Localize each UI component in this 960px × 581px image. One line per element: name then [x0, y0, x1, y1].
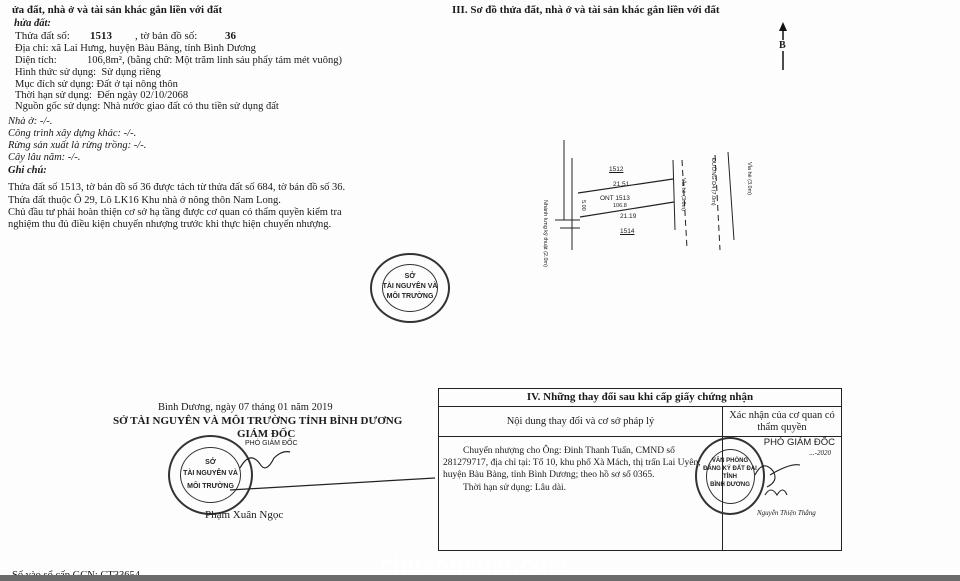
width-left: 5.00: [580, 200, 586, 211]
department-stamp: SỞ TÀI NGUYÊN VÀ MÔI TRƯỜNG: [370, 253, 450, 323]
parcel-label: ONT 1513: [600, 195, 630, 202]
note-line: Thửa đất số 1513, tờ bản đồ số 36 được t…: [8, 182, 345, 194]
signing-place-date: Bình Dương, ngày 07 tháng 01 năm 2019: [158, 402, 333, 413]
sidewalk-far-label: Vỉa hè (3.0m): [746, 162, 752, 195]
purpose-label: Mục đích sử dụng:: [15, 79, 94, 90]
area-row: Diện tích:106,8m², (bằng chữ: Một trăm l…: [15, 55, 342, 67]
parcel-no-label: Thửa đất số:: [15, 30, 90, 42]
confirm-signer: Nguyễn Thiện Thắng: [757, 509, 816, 517]
col-confirm-header: Xác nhận của cơ quan có thẩm quyền: [723, 407, 842, 437]
changes-title: IV. Những thay đổi sau khi cấp giấy chứn…: [439, 389, 842, 407]
parcel-row: Thửa đất số:1513, tờ bản đồ số:36: [15, 30, 236, 42]
note-line: nghiệm thu đủ điều kiện chuyển nhượng tr…: [8, 219, 331, 231]
address-label: Địa chỉ:: [15, 43, 49, 54]
perennial-info: Cây lâu năm: -/-.: [8, 152, 80, 164]
area-label: Diện tích:: [15, 55, 87, 67]
parcel-south-number: 1514: [620, 228, 634, 235]
address: xã Lai Hưng, huyện Bàu Bàng, tỉnh Bình D…: [51, 43, 256, 54]
issuing-authority: SỞ TÀI NGUYÊN VÀ MÔI TRƯỜNG TỈNH BÌNH DƯ…: [113, 415, 402, 427]
parcel-no: 1513: [90, 30, 135, 42]
purpose: Đất ở tại nông thôn: [97, 79, 178, 90]
notes-label: Ghi chú:: [8, 165, 47, 177]
note-line: Chủ đầu tư phải hoàn thiện cơ sở hạ tầng…: [8, 207, 342, 219]
length-top: 21.51: [613, 181, 629, 188]
parcel-north-number: 1512: [609, 166, 623, 173]
map-sheet-label: , tờ bản đồ số:: [135, 30, 225, 42]
term: Đến ngày 02/10/2068: [97, 90, 188, 101]
sidewalk-near-label: Vỉa hè (3.0m): [680, 178, 686, 211]
forest-info: Rừng sản xuất là rừng trồng: -/-.: [8, 140, 146, 152]
parcel-area: 106.8: [613, 203, 627, 209]
signer-title: GIÁM ĐỐC: [237, 428, 295, 440]
origin: Nhà nước giao đất có thu tiền sử dụng đấ…: [103, 101, 279, 112]
map-sheet-no: 36: [225, 30, 236, 42]
address-row: Địa chỉ: xã Lai Hưng, huyện Bàu Bàng, tỉ…: [15, 43, 256, 55]
house-info: Nhà ở: -/-.: [8, 116, 52, 128]
length-bottom: 21.19: [620, 213, 636, 220]
change-entry-text: Chuyển nhượng cho Ông: Đinh Thanh Tuấn, …: [443, 445, 718, 481]
signature-right: [750, 455, 830, 505]
parcel-map: [540, 140, 770, 250]
col-content-header: Nội dung thay đổi và cơ sở pháp lý: [439, 407, 723, 437]
bottom-edge: [0, 575, 960, 581]
term-label: Thời hạn sử dụng:: [15, 90, 92, 101]
signer-name: Phạm Xuân Ngọc: [205, 509, 283, 521]
section-title-left: ửa đất, nhà ở và tài sản khác gắn liền v…: [12, 4, 222, 16]
north-label: B: [779, 40, 786, 51]
note-line: Thửa đất thuộc Ô 29, Lô LK16 Khu nhà ở n…: [8, 195, 281, 207]
confirm-title: PHÓ GIÁM ĐỐC: [764, 437, 835, 448]
other-construction-info: Công trình xây dựng khác: -/-.: [8, 128, 136, 140]
origin-row: Nguồn gốc sử dụng: Nhà nước giao đất có …: [15, 101, 279, 113]
origin-label: Nguồn gốc sử dụng:: [15, 101, 100, 112]
usage-form: Sử dụng riêng: [101, 67, 160, 78]
road-left-label: Nhánh lưng kỹ thuật (2.0m): [542, 200, 548, 267]
change-entry-term: Thời hạn sử dụng: Lâu dài.: [443, 482, 718, 494]
change-entry: Chuyển nhượng cho Ông: Đinh Thanh Tuấn, …: [439, 437, 723, 551]
area: 106,8m², (bằng chữ: Một trăm linh sáu ph…: [87, 55, 342, 66]
usage-form-label: Hình thức sử dụng:: [15, 67, 96, 78]
road-main-label: ĐƯỜNG D4 (7.0m): [710, 158, 716, 206]
signature-left: [210, 440, 440, 500]
section-title-right: III. Sơ đồ thửa đất, nhà ở và tài sản kh…: [452, 4, 720, 16]
subsection-land: hửa đất:: [14, 18, 51, 29]
usage-form-row: Hình thức sử dụng: Sử dụng riêng: [15, 67, 161, 79]
